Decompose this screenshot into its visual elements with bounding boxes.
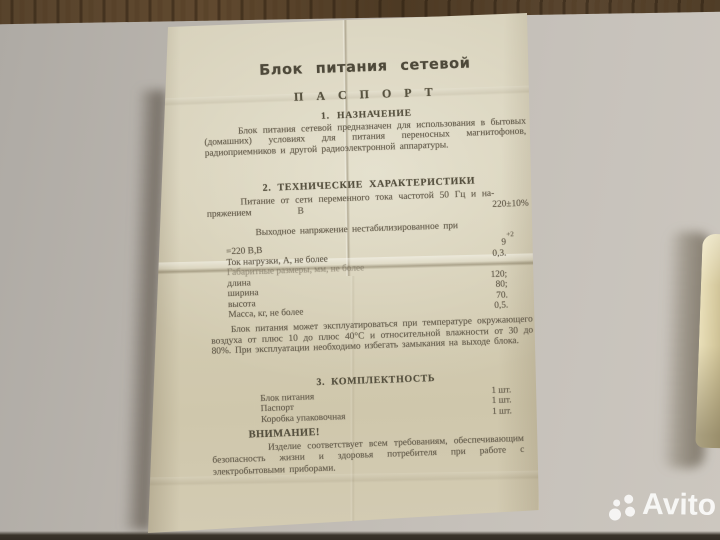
power-value: 220±10% [492, 198, 529, 209]
operating-conditions-note: Блок питания может эксплуатироваться при… [211, 315, 534, 358]
attention-body: Изделие соответствует всем требованиям, … [212, 434, 525, 479]
kit-item-label: Паспорт [261, 403, 295, 414]
avito-watermark: Avito [586, 490, 720, 540]
kit-item-qty: 1 шт. [492, 395, 512, 406]
avito-logo-dot-icon [609, 508, 621, 520]
attention-heading: ВНИМАНИЕ! [248, 427, 320, 440]
document-content: Блок питания сетевой П А С П О Р Т 1. НА… [170, 5, 560, 532]
avito-logo-dot-icon [625, 507, 635, 517]
power-line2-label: пряжением [207, 208, 252, 220]
avito-watermark-text: Avito [642, 488, 716, 523]
spec-label: =220 В,В [226, 246, 263, 257]
spec-label: ширина [227, 288, 258, 299]
spec-label: Масса, кг, не более [228, 308, 303, 321]
spec-value: 70. [496, 290, 508, 300]
spec-value-superscript: +2 [506, 230, 514, 238]
document-title: Блок питания сетевой [172, 52, 558, 81]
spec-value: 0,5. [494, 300, 508, 310]
spec-value: 9+2 [501, 237, 506, 247]
output-voltage-note: Выходное напряжение нестабилизированное … [255, 221, 458, 238]
avito-logo-dot-icon [624, 495, 633, 504]
spec-value: 120; [490, 269, 507, 280]
spec-value: 80; [495, 279, 507, 289]
avito-logo-dot-icon [613, 499, 620, 506]
kit-item-qty: 1 шт. [492, 406, 512, 417]
photo-scene: Блок питания сетевой П А С П О Р Т 1. НА… [0, 0, 720, 540]
spec-value: 0,3. [492, 248, 506, 258]
kit-item-label: Коробка упаковочная [261, 412, 346, 425]
